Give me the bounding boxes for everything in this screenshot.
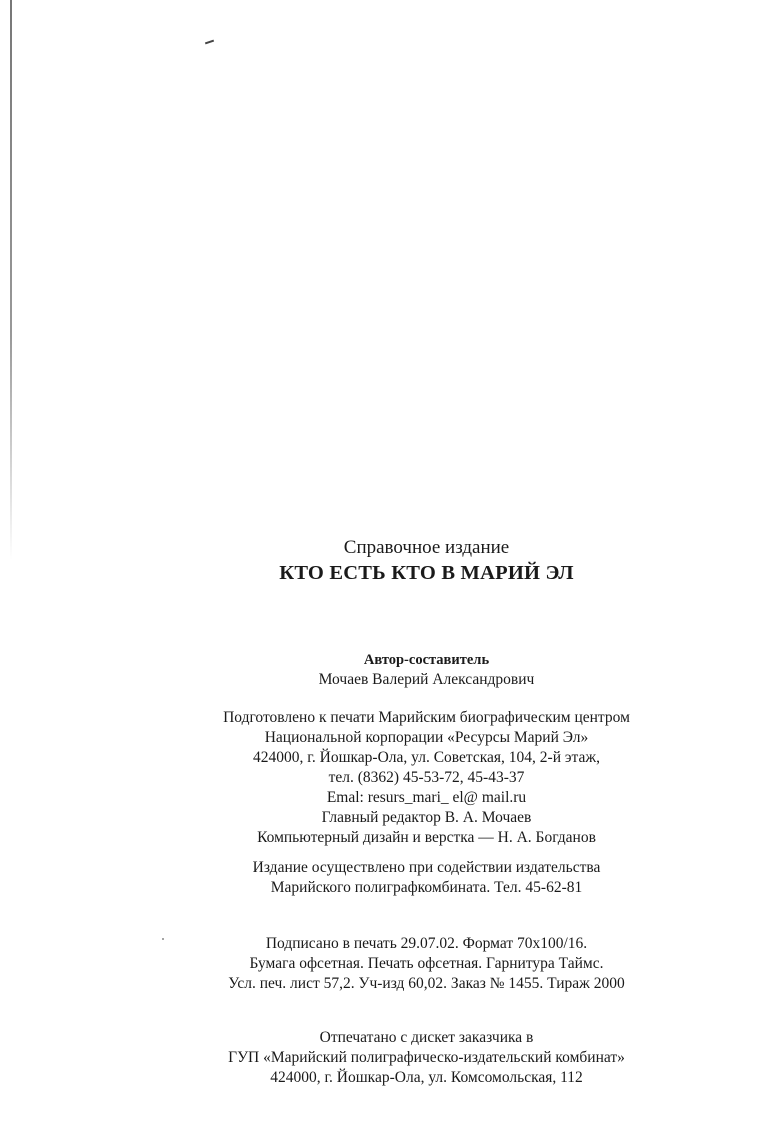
print-detail: Усл. печ. лист 57,2. Уч-изд 60,02. Заказ… <box>36 974 781 994</box>
author-name: Мочаев Валерий Александрович <box>36 670 781 690</box>
print-detail: Бумага офсетная. Печать офсетная. Гарнит… <box>36 954 781 974</box>
printer-block: Отпечатано с дискет заказчика в ГУП «Мар… <box>36 1028 781 1088</box>
prep-address: 424000, г. Йошкар-Ола, ул. Советская, 10… <box>36 748 781 768</box>
print-details-block: Подписано в печать 29.07.02. Формат 70x1… <box>36 934 781 994</box>
design-credit: Компьютерный дизайн и верстка — Н. А. Бо… <box>36 828 781 848</box>
support-line: Марийского полиграфкомбината. Тел. 45-62… <box>36 878 781 898</box>
publication-type: Справочное издание <box>36 536 781 560</box>
printer-line: ГУП «Марийский полиграфическо-издательск… <box>36 1048 781 1068</box>
print-detail: Подписано в печать 29.07.02. Формат 70x1… <box>36 934 781 954</box>
printer-line: Отпечатано с дискет заказчика в <box>36 1028 781 1048</box>
prep-email: Emal: resurs_mari_ el@ mail.ru <box>36 788 781 808</box>
title-block: Справочное издание КТО ЕСТЬ КТО В МАРИЙ … <box>36 536 781 587</box>
page-binding-edge <box>10 0 12 560</box>
author-block: Автор-составитель Мочаев Валерий Алексан… <box>36 650 781 690</box>
scan-speck <box>205 40 214 45</box>
prep-phone: тел. (8362) 45-53-72, 45-43-37 <box>36 768 781 788</box>
support-line: Издание осуществлено при содействии изда… <box>36 858 781 878</box>
author-label: Автор-составитель <box>36 650 781 670</box>
chief-editor: Главный редактор В. А. Мочаев <box>36 808 781 828</box>
printer-address: 424000, г. Йошкар-Ола, ул. Комсомольская… <box>36 1068 781 1088</box>
prep-line: Национальной корпорации «Ресурсы Марий Э… <box>36 728 781 748</box>
support-block: Издание осуществлено при содействии изда… <box>36 858 781 898</box>
preparation-block: Подготовлено к печати Марийским биографи… <box>36 708 781 848</box>
book-title: КТО ЕСТЬ КТО В МАРИЙ ЭЛ <box>36 560 781 587</box>
prep-line: Подготовлено к печати Марийским биографи… <box>36 708 781 728</box>
